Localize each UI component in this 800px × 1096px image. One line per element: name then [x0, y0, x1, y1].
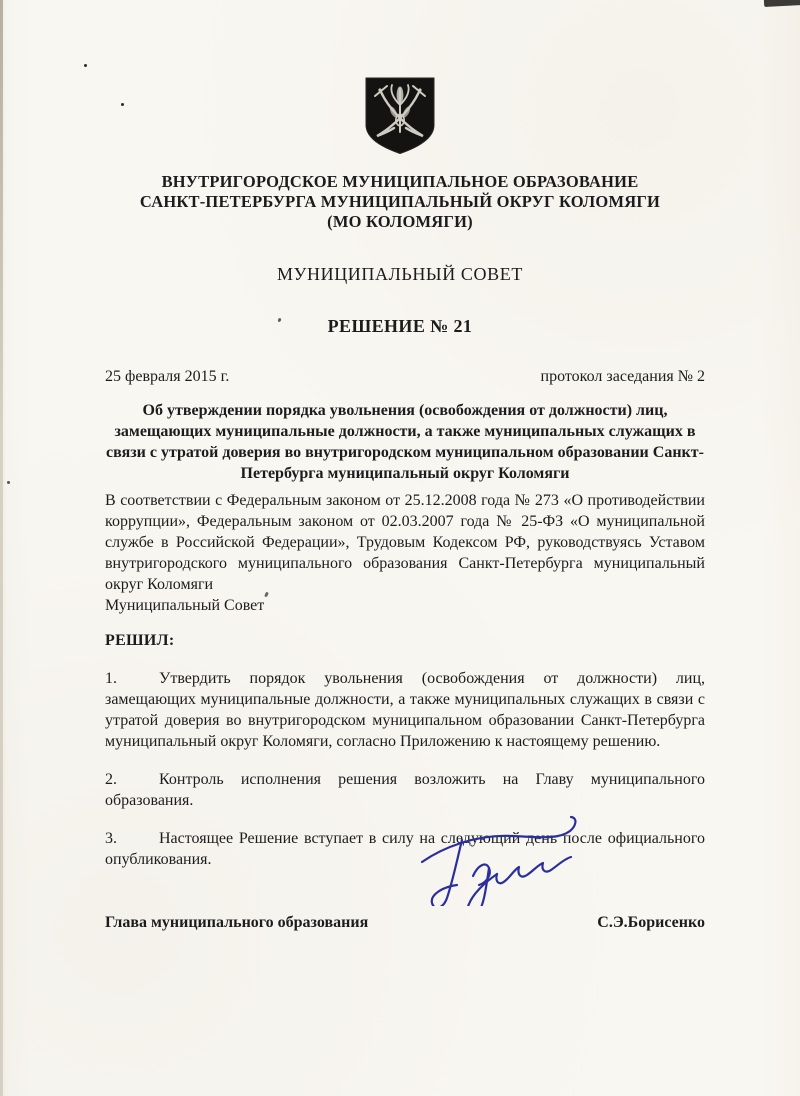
- resolution-item-2: 2.Контроль исполнения решения возложить …: [105, 769, 705, 811]
- resolution-item-1: 1.Утвердить порядок увольнения (освобожд…: [105, 668, 705, 752]
- signatory-name: С.Э.Борисенко: [597, 912, 705, 933]
- handwritten-signature: [416, 806, 584, 906]
- protocol-number: протокол заседания № 2: [541, 366, 705, 387]
- item-text: Утвердить порядок увольнения (освобожден…: [105, 670, 705, 750]
- decision-date: 25 февраля 2015 г.: [105, 366, 229, 387]
- scan-speck: [84, 64, 87, 67]
- scan-edge-shadow: [0, 0, 3, 1096]
- scanned-document-page: ВНУТРИГОРОДСКОЕ МУНИЦИПАЛЬНОЕ ОБРАЗОВАНИ…: [0, 0, 800, 1096]
- scan-speck: [7, 481, 10, 484]
- scan-corner-artifact: [764, 0, 800, 7]
- decision-subject: Об утверждении порядка увольнения (освоб…: [105, 400, 705, 484]
- resolution-item-3: 3.Настоящее Решение вступает в силу на с…: [105, 828, 705, 870]
- item-number: 3.: [105, 828, 159, 849]
- document-body: 25 февраля 2015 г. протокол заседания № …: [105, 366, 705, 933]
- signature-row: Глава муниципального образования С.Э.Бор…: [105, 912, 705, 933]
- preamble-text: В соответствии с Федеральным законом от …: [105, 490, 705, 595]
- scan-speck: [121, 103, 124, 106]
- item-number: 2.: [105, 769, 159, 790]
- signatory-role: Глава муниципального образования: [105, 912, 368, 933]
- resolved-heading: РЕШИЛ:: [105, 630, 705, 651]
- item-text: Настоящее Решение вступает в силу на сле…: [105, 830, 705, 868]
- preamble-actor: Муниципальный Совет: [105, 595, 705, 616]
- organization-line-2: САНКТ-ПЕТЕРБУРГА МУНИЦИПАЛЬНЫЙ ОКРУГ КОЛ…: [0, 192, 800, 212]
- date-protocol-row: 25 февраля 2015 г. протокол заседания № …: [105, 366, 705, 387]
- organization-line-3: (МО КОЛОМЯГИ): [0, 212, 800, 232]
- item-number: 1.: [105, 668, 159, 689]
- item-text: Контроль исполнения решения возложить на…: [105, 771, 705, 809]
- organization-line-1: ВНУТРИГОРОДСКОЕ МУНИЦИПАЛЬНОЕ ОБРАЗОВАНИ…: [0, 172, 800, 192]
- coat-of-arms-icon: [360, 75, 440, 155]
- decision-number-heading: РЕШЕНИЕ № 21: [0, 316, 800, 337]
- organization-name: ВНУТРИГОРОДСКОЕ МУНИЦИПАЛЬНОЕ ОБРАЗОВАНИ…: [0, 172, 800, 232]
- council-heading: МУНИЦИПАЛЬНЫЙ СОВЕТ: [0, 264, 800, 285]
